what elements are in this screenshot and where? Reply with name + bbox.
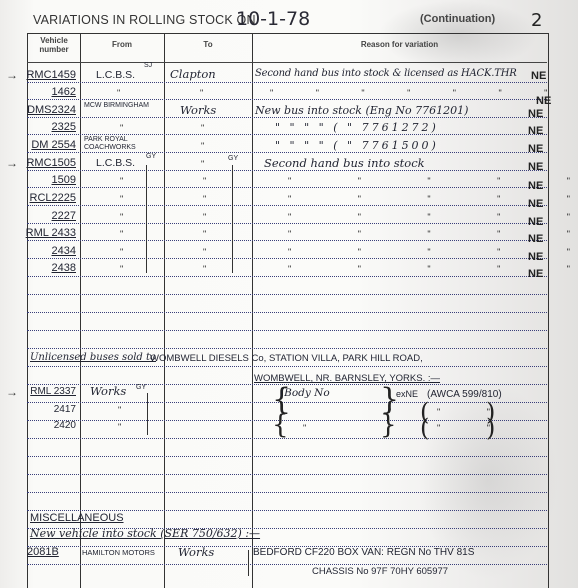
flag-ne: NE <box>531 70 546 82</box>
flag-ne: NE <box>528 216 543 228</box>
ditto-mark: " <box>117 88 120 98</box>
flag-ne: NE <box>528 198 543 210</box>
ruled-line <box>27 117 547 118</box>
reason-value: Second hand bus into stock & licensed as… <box>255 68 517 79</box>
vehicle-number: 2417 <box>24 404 76 415</box>
ditto-mark: " <box>201 123 204 133</box>
ruled-line <box>27 205 547 206</box>
ditto-mark: " <box>120 212 123 222</box>
arrow-icon: → <box>6 385 18 399</box>
ruled-line <box>27 330 547 331</box>
ditto-marks: " " <box>437 407 512 417</box>
ditto-mark: " <box>120 194 123 204</box>
reason-value: New bus into stock (Eng No 7761201) <box>255 104 468 117</box>
ditto-mark: " <box>120 176 123 186</box>
misc-description: New vehicle into stock (SER 750/632) :— <box>30 527 260 540</box>
ditto-mark: " <box>201 159 204 169</box>
ditto-marks: " " " " " " " " " <box>270 88 578 98</box>
arrow-icon: → <box>6 68 18 82</box>
ditto-mark: " <box>120 247 123 257</box>
to-value: Clapton <box>170 67 216 81</box>
from-value: L.C.B.S. <box>96 69 135 81</box>
from-value: HAMILTON MOTORS <box>82 548 155 557</box>
vehicle-number: DM 2554 <box>24 139 76 151</box>
reason-value: " " " " ( " 7761272) <box>275 121 439 134</box>
vehicle-number: 2325 <box>24 121 76 133</box>
from-value: MCW BIRMINGHAM <box>84 102 164 110</box>
grouping-line <box>248 550 249 576</box>
ditto-mark: " <box>203 176 206 186</box>
vehicle-number: 2434 <box>24 245 76 257</box>
vehicle-description: BEDFORD CF220 BOX VAN: REGN No THV 81S <box>253 547 474 558</box>
vehicle-number: 2081B <box>27 546 59 558</box>
ruled-line <box>27 312 547 313</box>
reason-value: Second hand bus into stock <box>264 156 425 170</box>
ruled-line <box>27 187 547 188</box>
sold-section-handwritten: Unlicensed buses sold to <box>30 352 156 363</box>
chassis-number: CHASSIS No 97F 70HY 605977 <box>312 566 448 577</box>
ditto-mark: " <box>118 405 121 415</box>
reason-value: " " " " ( " 7761500) <box>275 139 439 152</box>
header-vehicle-number: Vehiclenumber <box>28 36 80 54</box>
from-value: Works <box>90 384 126 398</box>
ruled-line <box>27 223 547 224</box>
form-title: VARIATIONS IN ROLLING STOCK ON <box>33 13 256 27</box>
ruled-line <box>27 474 547 475</box>
vehicle-number: RML 2337 <box>24 386 76 397</box>
ruled-line <box>27 510 547 511</box>
ruled-line <box>27 99 547 100</box>
from-note: GY <box>146 153 156 160</box>
grouping-line <box>146 165 147 273</box>
sold-section-buyer: WOMBWELL DIESELS Co, STATION VILLA, PARK… <box>150 353 423 364</box>
flag-ne: NE <box>528 180 543 192</box>
ditto-mark: " <box>203 247 206 257</box>
flag-ne: NE <box>528 108 543 120</box>
ditto-mark: " <box>120 229 123 239</box>
ditto-mark: " <box>388 423 391 433</box>
vehicle-number: 2227 <box>24 210 76 222</box>
ditto-mark: " <box>200 88 203 98</box>
ruled-line <box>27 152 547 153</box>
flag-ne: NE <box>536 95 551 107</box>
brace-open: { <box>272 412 289 438</box>
ruled-line <box>27 456 547 457</box>
ruled-line <box>27 134 547 135</box>
brace-open: ( <box>420 416 429 440</box>
flag-ne: NE <box>528 251 543 263</box>
ditto-mark: " <box>201 141 204 151</box>
to-value: Works <box>178 545 214 559</box>
grouping-line <box>232 165 233 273</box>
page-number: 2 <box>531 10 542 31</box>
ditto-mark: " <box>120 264 123 274</box>
ruled-line <box>27 170 547 171</box>
ditto-marks: " " <box>437 423 512 433</box>
ditto-mark: " <box>120 123 123 133</box>
from-note: SJ <box>144 62 152 69</box>
header-to: To <box>164 40 252 49</box>
vehicle-number: 2420 <box>24 420 76 431</box>
from-value: L.C.B.S. <box>96 157 135 169</box>
from-value: PARK ROYAL COACHWORKS <box>84 136 164 152</box>
flag-ne: NE <box>528 161 543 173</box>
ruled-line <box>27 82 547 83</box>
ruled-line <box>27 348 547 349</box>
flag-ne: NE <box>528 125 543 137</box>
ruled-line <box>27 240 547 241</box>
ditto-mark: " <box>303 423 306 433</box>
ruled-line <box>27 564 547 565</box>
to-note: GY <box>228 155 238 162</box>
vehicle-number: RMC1459 <box>24 69 76 81</box>
ruled-line <box>27 294 547 295</box>
ditto-mark: " <box>203 229 206 239</box>
arrow-icon: → <box>6 156 18 170</box>
misc-heading: MISCELLANEOUS <box>30 512 124 524</box>
ditto-mark: " <box>203 212 206 222</box>
ditto-mark: " <box>203 194 206 204</box>
brace-close: ) <box>486 416 495 440</box>
form-date: 10-1-78 <box>236 8 310 30</box>
vehicle-number: RML 2433 <box>24 227 76 239</box>
vehicle-number: 2438 <box>24 262 76 274</box>
to-value: Works <box>180 103 216 117</box>
ditto-mark: " <box>118 422 121 432</box>
flag-ne: NE <box>528 268 543 280</box>
ruled-line <box>27 258 547 259</box>
header-reason: Reason for variation <box>252 40 547 49</box>
ruled-line <box>27 492 547 493</box>
ruled-line <box>27 276 547 277</box>
header-from: From <box>80 40 164 49</box>
vehicle-number: RCL2225 <box>24 192 76 204</box>
vehicle-number: 1509 <box>24 174 76 186</box>
ex-ne-label: exNE <box>396 389 418 399</box>
vehicle-number: RMC1505 <box>24 157 76 169</box>
vehicle-number: 1462 <box>24 86 76 98</box>
ruled-line <box>27 366 547 367</box>
flag-ne: NE <box>528 143 543 155</box>
flag-ne: NE <box>528 233 543 245</box>
grouping-line <box>147 393 148 435</box>
body-number-label: (Body No <box>280 387 330 399</box>
vehicle-number: DMS2324 <box>24 104 76 116</box>
continuation-label: (Continuation) <box>420 13 495 25</box>
form-page: VARIATIONS IN ROLLING STOCK ON 10-1-78 (… <box>0 0 578 588</box>
from-note: GY <box>136 384 146 391</box>
ditto-mark: " <box>203 264 206 274</box>
